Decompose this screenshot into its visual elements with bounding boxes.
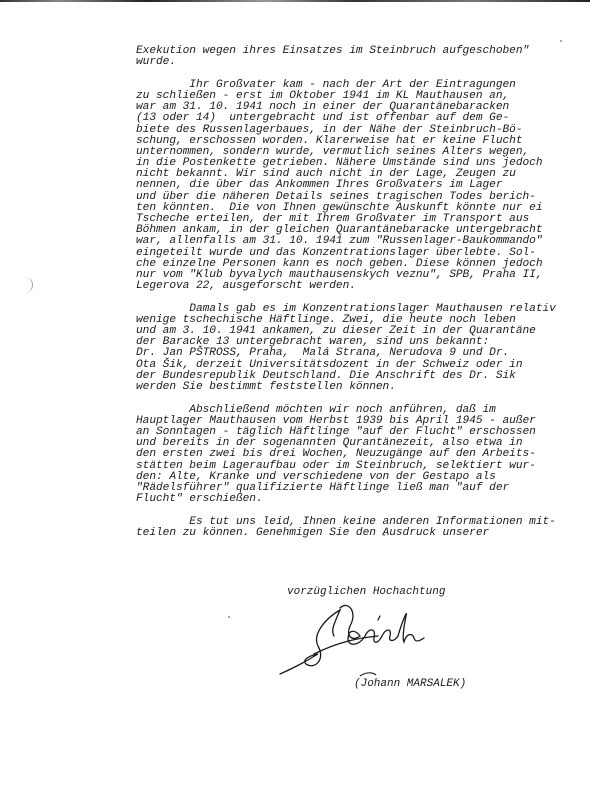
text-line: nennen, die über das Ankommen Ihres Groß…: [136, 180, 576, 191]
text-line: wurde.: [136, 57, 576, 68]
paragraph-shootings: Abschließend möchten wir noch anführen, …: [136, 405, 576, 506]
text-line: teilen zu können. Genehmigen Sie den Aus…: [136, 528, 576, 539]
text-line: Exekution wegen ihres Einsatzes im Stein…: [136, 46, 576, 57]
text-line: war, allenfalls am 31. 10. 1941 zum "Rus…: [136, 236, 576, 247]
text-line: Dr. Jan PŠTROSS, Praha, Malá Strana, Ner…: [136, 348, 576, 359]
scan-speck: [560, 40, 562, 42]
handwritten-signature: [278, 598, 478, 678]
paragraph-regret: Es tut uns leid, Ihnen keine anderen Inf…: [136, 517, 576, 539]
scan-speck: [228, 616, 230, 618]
paragraph-grandfather-arrival: Ihr Großvater kam - nach der Art der Ein…: [136, 80, 576, 293]
scan-speck: [383, 534, 385, 536]
paragraph-czech-prisoners: Damals gab es im Konzentrationslager Mau…: [136, 304, 576, 394]
closing-phrase: vorzüglichen Hochachtung: [287, 586, 445, 598]
text-line: (13 oder 14) untergebracht und ist offen…: [136, 113, 576, 124]
letter-body: Exekution wegen ihres Einsatzes im Stein…: [136, 46, 576, 550]
text-line: Legerova 22, ausgeforscht werden.: [136, 281, 576, 292]
scan-top-edge: [0, 0, 590, 2]
paragraph-continuation: Exekution wegen ihres Einsatzes im Stein…: [136, 46, 576, 68]
signer-name: (Johann MARSALEK): [354, 678, 466, 690]
text-line: werden Sie bestimmt feststellen können.: [136, 382, 576, 393]
punch-hole-mark: [22, 277, 33, 293]
text-line: Flucht" erschießen.: [136, 494, 576, 505]
scan-speck: [545, 305, 547, 307]
text-line: den ersten zwei bis drei Wochen, Neuzugä…: [136, 449, 576, 460]
